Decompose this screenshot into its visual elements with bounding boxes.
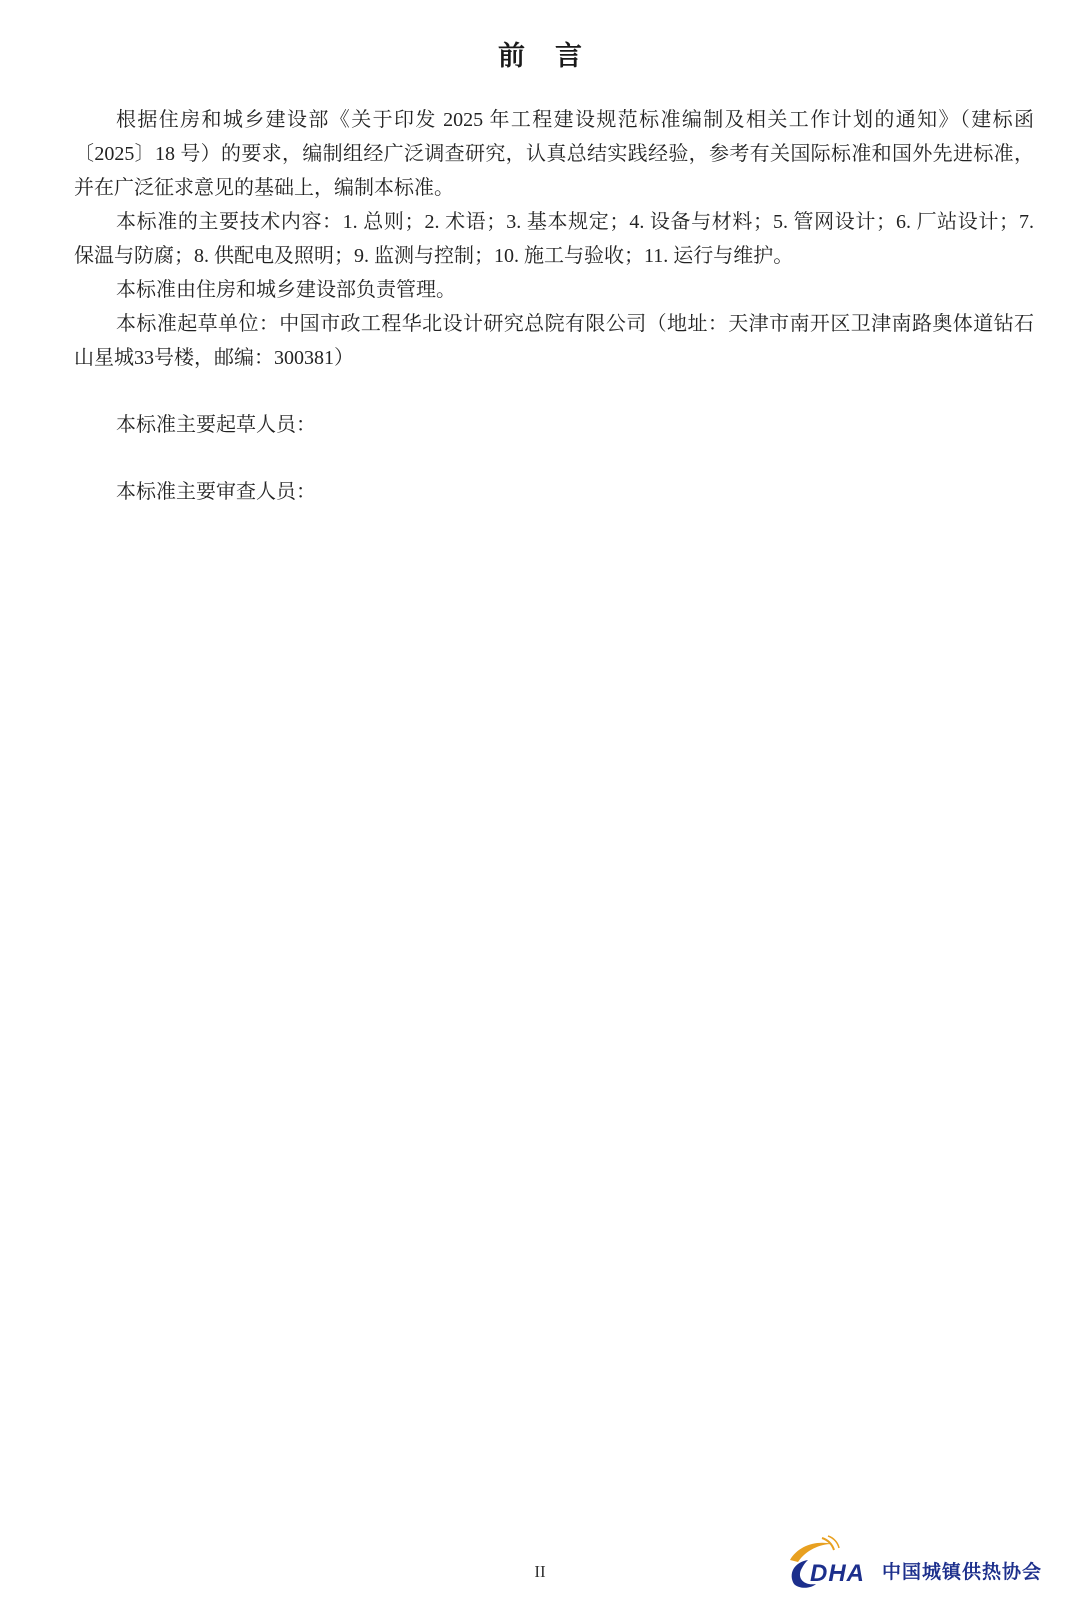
paragraph-basis: 根据住房和城乡建设部《关于印发 2025 年工程建设规范标准编制及相关工作计划的… (74, 103, 1034, 205)
page-title: 前言 (0, 34, 1080, 73)
logo-organization-name: 中国城镇供热协会 (882, 1557, 1042, 1584)
paragraph-management: 本标准由住房和城乡建设部负责管理。 (74, 273, 1034, 307)
association-logo: DHA 中国城镇供热协会 (786, 1530, 1042, 1590)
paragraph-drafting-unit: 本标准起草单位：中国市政工程华北设计研究总院有限公司（地址：天津市南开区卫津南路… (74, 307, 1034, 375)
logo-mark: DHA (786, 1534, 878, 1590)
paragraph-technical-contents: 本标准的主要技术内容：1. 总则；2. 术语；3. 基本规定；4. 设备与材料；… (74, 205, 1034, 273)
reviewers-label: 本标准主要审查人员： (74, 475, 1034, 509)
document-body: 根据住房和城乡建设部《关于印发 2025 年工程建设规范标准编制及相关工作计划的… (74, 103, 1034, 509)
logo-abbreviation: DHA (810, 1560, 865, 1588)
drafters-label: 本标准主要起草人员： (74, 408, 1034, 442)
